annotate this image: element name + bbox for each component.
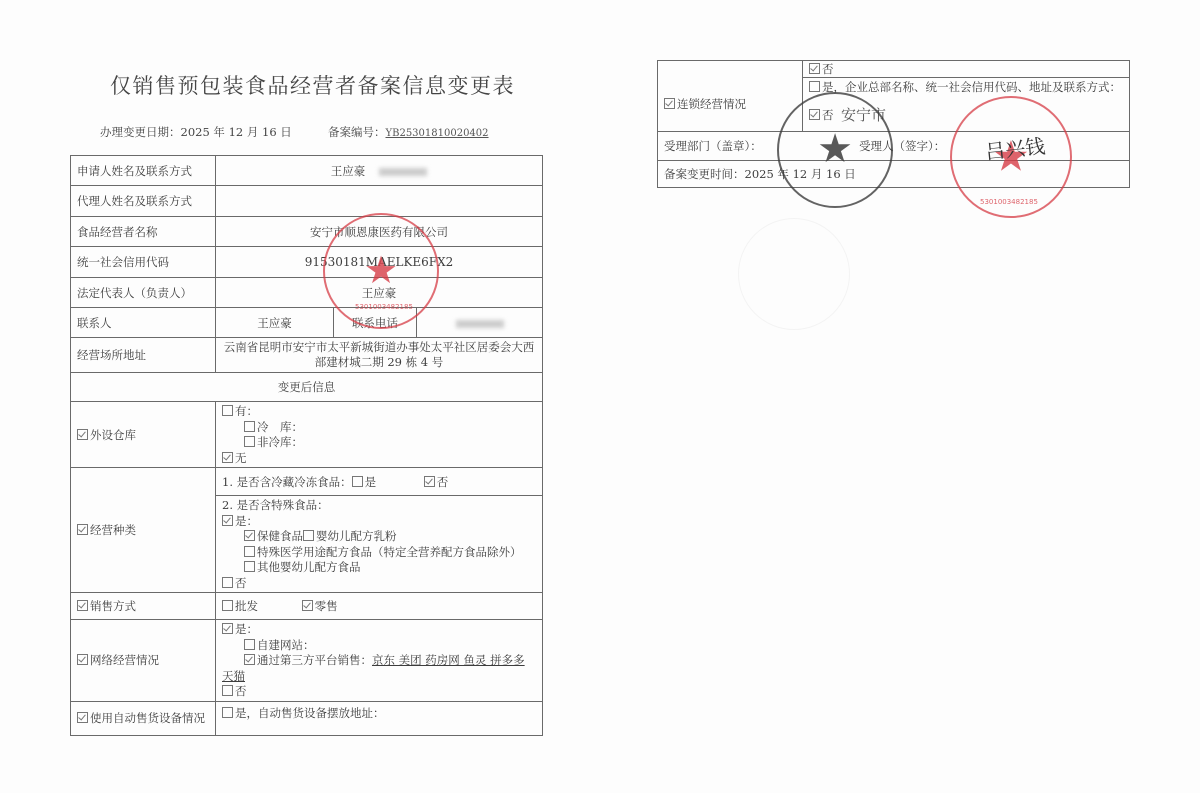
address-label: 经营场所地址 bbox=[71, 338, 216, 373]
vending-options: 是，自动售货设备摆放地址： bbox=[216, 701, 543, 735]
special-food-options: 2. 是否含特殊食品： 是： 保健食品婴幼儿配方乳粉 特殊医学用途配方食品（特定… bbox=[216, 496, 543, 593]
online-no-checkbox[interactable] bbox=[222, 685, 233, 696]
table-row: 申请人姓名及联系方式 王应豪 bbox=[71, 156, 543, 186]
table-row: 代理人姓名及联系方式 bbox=[71, 186, 543, 217]
other-infant-food-checkbox[interactable] bbox=[244, 561, 255, 572]
chain-yes-label: 是，企业总部名称、统一社会信用代码、地址及联系方式： bbox=[822, 80, 1121, 94]
cold-food-question-text: 1. 是否含冷藏冷冻食品： bbox=[222, 475, 352, 489]
table-row: 经营场所地址 云南省昆明市安宁市太平新城街道办事处太平社区居委会大西部建材城二期… bbox=[71, 338, 543, 373]
platform-list: 京东 美团 药房网 鱼灵 拼多多 bbox=[372, 653, 525, 667]
operator-name-label: 食品经营者名称 bbox=[71, 217, 216, 247]
legal-rep-label: 法定代表人（负责人） bbox=[71, 278, 216, 308]
chain-checkbox[interactable] bbox=[664, 98, 675, 109]
warehouse-yes-label: 有： bbox=[235, 404, 258, 418]
record-number-value: YB25301810020402 bbox=[386, 128, 489, 139]
company-seal-code: 5301003482185 bbox=[980, 198, 1038, 206]
special-food-yes-checkbox[interactable] bbox=[222, 515, 233, 526]
cold-food-question: 1. 是否含冷藏冷冻食品：是 否 bbox=[216, 468, 543, 496]
retail-label: 零售 bbox=[315, 599, 338, 613]
vending-checkbox[interactable] bbox=[77, 712, 88, 723]
third-party-label: 通过第三方平台销售： bbox=[257, 653, 372, 667]
sales-mode-checkbox[interactable] bbox=[77, 600, 88, 611]
warehouse-no-checkbox[interactable] bbox=[222, 452, 233, 463]
vending-yes-checkbox[interactable] bbox=[222, 707, 233, 718]
record-number: 备案编号：YB25301810020402 bbox=[328, 124, 489, 140]
cold-storage-label: 冷 库： bbox=[257, 420, 303, 434]
agency-seal-text: 安宁市 bbox=[841, 104, 886, 125]
chain-top-no-checkbox[interactable] bbox=[809, 63, 820, 74]
online-label: 网络经营情况 bbox=[71, 620, 216, 702]
warehouse-label-text: 外设仓库 bbox=[90, 428, 136, 442]
special-food-yes-label: 是： bbox=[235, 514, 258, 528]
vending-label: 使用自动售货设备情况 bbox=[71, 701, 216, 735]
vending-yes-label: 是，自动售货设备摆放地址： bbox=[235, 706, 385, 720]
page-title: 仅销售预包装食品经营者备案信息变更表 bbox=[110, 70, 515, 100]
agency-seal: ★ 安宁市 bbox=[777, 92, 893, 208]
cold-food-no-label: 否 bbox=[437, 475, 449, 489]
table-row: 否 bbox=[658, 61, 1130, 78]
special-food-no-checkbox[interactable] bbox=[222, 577, 233, 588]
medical-food-checkbox[interactable] bbox=[244, 546, 255, 557]
own-website-label: 自建网站： bbox=[257, 638, 315, 652]
wholesale-checkbox[interactable] bbox=[222, 600, 233, 611]
medical-food-label: 特殊医学用途配方食品（特定全营养配方食品除外） bbox=[257, 545, 522, 559]
table-row: 法定代表人（负责人） 王应豪 bbox=[71, 278, 543, 308]
online-no-label: 否 bbox=[235, 684, 247, 698]
warehouse-no-label: 无 bbox=[235, 451, 247, 465]
table-row: 联系人 王应豪 联系电话 bbox=[71, 308, 543, 338]
acceptance-dept-label: 受理部门（盖章）： bbox=[664, 139, 762, 153]
filing-info-table: 申请人姓名及联系方式 王应豪 代理人姓名及联系方式 食品经营者名称 安宁市顺恩康… bbox=[70, 155, 543, 736]
table-row: 食品经营者名称 安宁市顺恩康医药有限公司 bbox=[71, 217, 543, 247]
company-seal-code: 5301003482185 bbox=[355, 303, 413, 311]
agent-value bbox=[216, 186, 543, 217]
special-food-question: 2. 是否含特殊食品： bbox=[222, 498, 536, 514]
non-cold-storage-label: 非冷库： bbox=[257, 435, 303, 449]
table-row: 网络经营情况 是： 自建网站： 通过第三方平台销售：京东 美团 药房网 鱼灵 拼… bbox=[71, 620, 543, 702]
sales-mode-label: 销售方式 bbox=[71, 593, 216, 620]
credit-code-label: 统一社会信用代码 bbox=[71, 247, 216, 278]
warehouse-checkbox[interactable] bbox=[77, 429, 88, 440]
contact-label: 联系人 bbox=[71, 308, 216, 338]
address-value: 云南省昆明市安宁市太平新城街道办事处太平社区居委会大西部建材城二期 29 栋 4… bbox=[216, 338, 543, 373]
table-row: 销售方式 批发 零售 bbox=[71, 593, 543, 620]
cold-storage-checkbox[interactable] bbox=[244, 421, 255, 432]
chain-top-no-label: 否 bbox=[822, 62, 834, 76]
redacted-phone bbox=[456, 320, 504, 328]
applicant-value: 王应豪 bbox=[216, 156, 543, 186]
online-checkbox[interactable] bbox=[77, 654, 88, 665]
retail-checkbox[interactable] bbox=[302, 600, 313, 611]
vending-label-text: 使用自动售货设备情况 bbox=[90, 711, 205, 725]
cold-food-yes-checkbox[interactable] bbox=[352, 476, 363, 487]
chain-yes-checkbox[interactable] bbox=[809, 81, 820, 92]
non-cold-storage-checkbox[interactable] bbox=[244, 436, 255, 447]
table-row: 统一社会信用代码 91530181MAELKE6FX2 bbox=[71, 247, 543, 278]
chain-label: 连锁经营情况 bbox=[658, 78, 803, 132]
table-row: 经营种类 1. 是否含冷藏冷冻食品：是 否 bbox=[71, 468, 543, 496]
online-options: 是： 自建网站： 通过第三方平台销售：京东 美团 药房网 鱼灵 拼多多 天猫 否 bbox=[216, 620, 543, 702]
table-row: 使用自动售货设备情况 是，自动售货设备摆放地址： bbox=[71, 701, 543, 735]
change-date: 办理变更日期：2025 年 12 月 16 日 bbox=[100, 124, 292, 140]
agent-label: 代理人姓名及联系方式 bbox=[71, 186, 216, 217]
health-food-label: 保健食品 bbox=[257, 529, 303, 543]
infant-formula-checkbox[interactable] bbox=[303, 530, 314, 541]
online-yes-checkbox[interactable] bbox=[222, 623, 233, 634]
sales-mode-options: 批发 零售 bbox=[216, 593, 543, 620]
applicant-label: 申请人姓名及联系方式 bbox=[71, 156, 216, 186]
star-icon: ★ bbox=[817, 126, 853, 172]
sales-mode-label-text: 销售方式 bbox=[90, 599, 136, 613]
company-seal: ★ 5301003482185 bbox=[323, 213, 439, 329]
applicant-name: 王应豪 bbox=[331, 164, 366, 178]
infant-formula-label: 婴幼儿配方乳粉 bbox=[316, 529, 397, 543]
own-website-checkbox[interactable] bbox=[244, 639, 255, 650]
platform-list-continued: 天猫 bbox=[222, 669, 245, 683]
warehouse-options: 有： 冷 库： 非冷库： 无 bbox=[216, 402, 543, 468]
online-yes-label: 是： bbox=[235, 622, 258, 636]
online-label-text: 网络经营情况 bbox=[90, 653, 159, 667]
health-food-checkbox[interactable] bbox=[244, 530, 255, 541]
chain-top-blank bbox=[658, 61, 803, 78]
change-date-value: 2025 年 12 月 16 日 bbox=[181, 125, 292, 139]
chain-top-no: 否 bbox=[803, 61, 1130, 78]
other-infant-food-label: 其他婴幼儿配方食品 bbox=[257, 560, 361, 574]
changed-info-heading: 变更后信息 bbox=[71, 373, 543, 402]
warehouse-label: 外设仓库 bbox=[71, 402, 216, 468]
cold-food-yes-label: 是 bbox=[365, 475, 377, 489]
warehouse-yes-checkbox[interactable] bbox=[222, 405, 233, 416]
table-row: 变更后信息 bbox=[71, 373, 543, 402]
redacted-phone bbox=[379, 168, 427, 176]
contact-value: 王应豪 bbox=[216, 308, 334, 338]
record-number-label: 备案编号： bbox=[328, 125, 386, 139]
category-label: 经营种类 bbox=[71, 468, 216, 593]
change-date-label: 办理变更日期： bbox=[100, 125, 181, 139]
faint-seal-impression bbox=[738, 218, 850, 330]
star-icon: ★ bbox=[364, 248, 398, 292]
chain-label-text: 连锁经营情况 bbox=[677, 97, 746, 111]
special-food-no-label: 否 bbox=[235, 576, 247, 590]
third-party-checkbox[interactable] bbox=[244, 654, 255, 665]
table-row: 外设仓库 有： 冷 库： 非冷库： 无 bbox=[71, 402, 543, 468]
category-label-text: 经营种类 bbox=[90, 523, 136, 537]
cold-food-no-checkbox[interactable] bbox=[424, 476, 435, 487]
change-time-label: 备案变更时间： bbox=[664, 167, 745, 181]
wholesale-label: 批发 bbox=[235, 599, 258, 613]
category-checkbox[interactable] bbox=[77, 524, 88, 535]
contact-phone-value bbox=[417, 308, 543, 338]
